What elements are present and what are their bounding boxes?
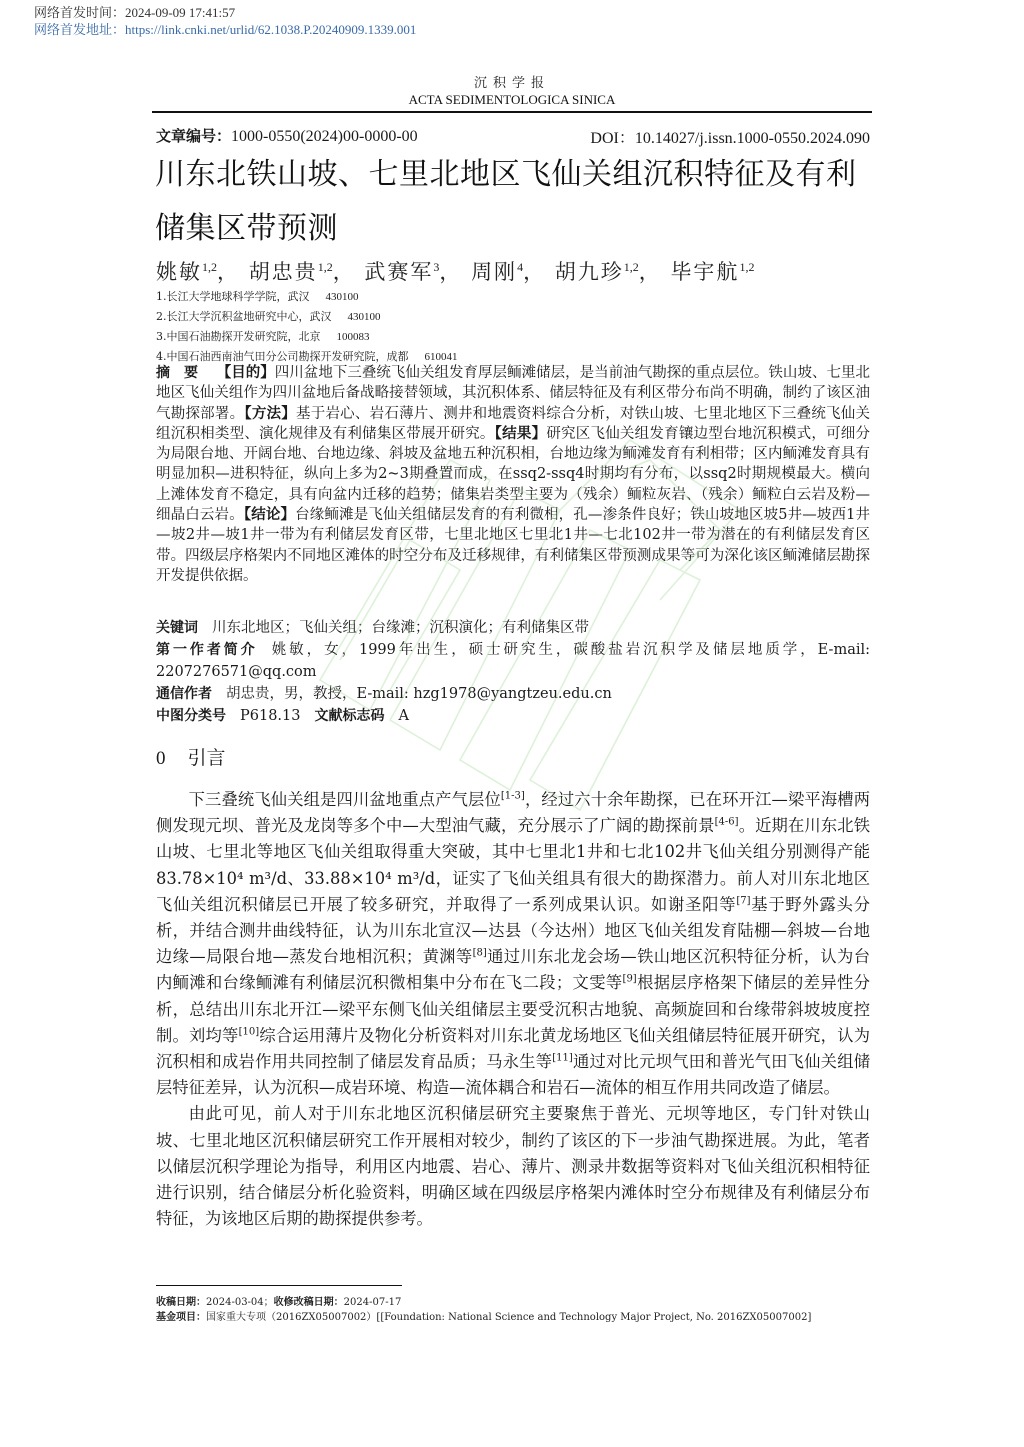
author: 胡九珍1,2 [555,260,639,284]
intro-paragraph-1: 下三叠统飞仙关组是四川盆地重点产气层位[1-3]，经过六十余年勘探，已在环开江—… [156,787,870,1101]
affiliation: 1.长江大学地球科学学院，武汉430100 [156,287,458,307]
network-publish-info: 网络首发时间：2024-09-09 17:41:57 网络首发地址：https:… [34,4,416,38]
keywords: 关键词川东北地区；飞仙关组；台缘滩；沉积演化；有利储集区带 [156,617,870,639]
journal-header: 沉积学报 ACTA SEDIMENTOLOGICA SINICA [152,74,872,108]
citation: [10] [239,1026,260,1037]
funding: 基金项目：国家重大专项（2016ZX05007002）[[Foundation:… [156,1310,811,1325]
affiliation-list: 1.长江大学地球科学学院，武汉430100 2.长江大学沉积盆地研究中心，武汉4… [156,287,458,367]
article-title: 川东北铁山坡、七里北地区飞仙关组沉积特征及有利 储集区带预测 [155,148,875,256]
author-list: 姚敏1,2， 胡忠贵1,2， 武赛军3， 周刚4， 胡九珍1,2， 毕宇航1,2 [156,252,754,287]
citation: [9] [623,974,637,985]
first-author-bio: 第一作者简介姚敏，女，1999年出生，硕士研究生，碳酸盐岩沉积学及储层地质学，E… [156,639,870,683]
author: 武赛军3 [364,260,439,284]
affiliation: 2.长江大学沉积盆地研究中心，武汉430100 [156,307,458,327]
citation: [7] [736,895,750,906]
publish-url[interactable]: 网络首发地址：https://link.cnki.net/urlid/62.10… [34,21,416,38]
article-number: 文章编号：1000-0550(2024)00-0000-00 [156,125,418,148]
corresponding-author: 通信作者胡忠贵，男，教授，E-mail: hzg1978@yangtzeu.ed… [156,683,870,705]
received-dates: 收稿日期：2024-03-04；收修改稿日期：2024-07-17 [156,1295,811,1310]
journal-name-en: ACTA SEDIMENTOLOGICA SINICA [152,91,872,108]
abstract-label: 摘要 [156,365,212,381]
section-heading: 0引言 [156,744,226,773]
journal-name-cn: 沉积学报 [152,74,872,91]
citation: [8] [473,948,487,959]
header-rule [152,111,872,113]
introduction-body: 下三叠统飞仙关组是四川盆地重点产气层位[1-3]，经过六十余年勘探，已在环开江—… [156,787,870,1232]
author: 周刚4 [471,260,523,284]
author: 姚敏1,2 [156,260,217,284]
footnote-rule [156,1285,402,1286]
footnotes: 收稿日期：2024-03-04；收修改稿日期：2024-07-17 基金项目：国… [156,1295,811,1325]
author: 胡忠贵1,2 [249,260,333,284]
citation: [11] [552,1053,573,1064]
article-ids: 文章编号：1000-0550(2024)00-0000-00 DOI：10.14… [156,125,870,148]
intro-paragraph-2: 由此可见，前人对于川东北地区沉积储层研究主要聚焦于普光、元坝等地区，专门针对铁山… [156,1101,870,1232]
article-doi: DOI：10.14027/j.issn.1000-0550.2024.090 [590,125,870,148]
citation: [4-6] [715,817,739,828]
abstract: 摘要 【目的】四川盆地下三叠统飞仙关组发育厚层鲕滩储层，是当前油气勘探的重点层位… [156,363,870,586]
article-metadata: 关键词川东北地区；飞仙关组；台缘滩；沉积演化；有利储集区带 第一作者简介姚敏，女… [156,617,870,727]
classification: 中图分类号P618.13文献标志码A [156,705,870,727]
author: 毕宇航1,2 [670,260,754,284]
publish-time: 网络首发时间：2024-09-09 17:41:57 [34,4,416,21]
publish-url-link[interactable]: https://link.cnki.net/urlid/62.1038.P.20… [125,22,416,37]
citation: [1-3] [501,791,525,802]
affiliation: 3.中国石油勘探开发研究院，北京100083 [156,327,458,347]
